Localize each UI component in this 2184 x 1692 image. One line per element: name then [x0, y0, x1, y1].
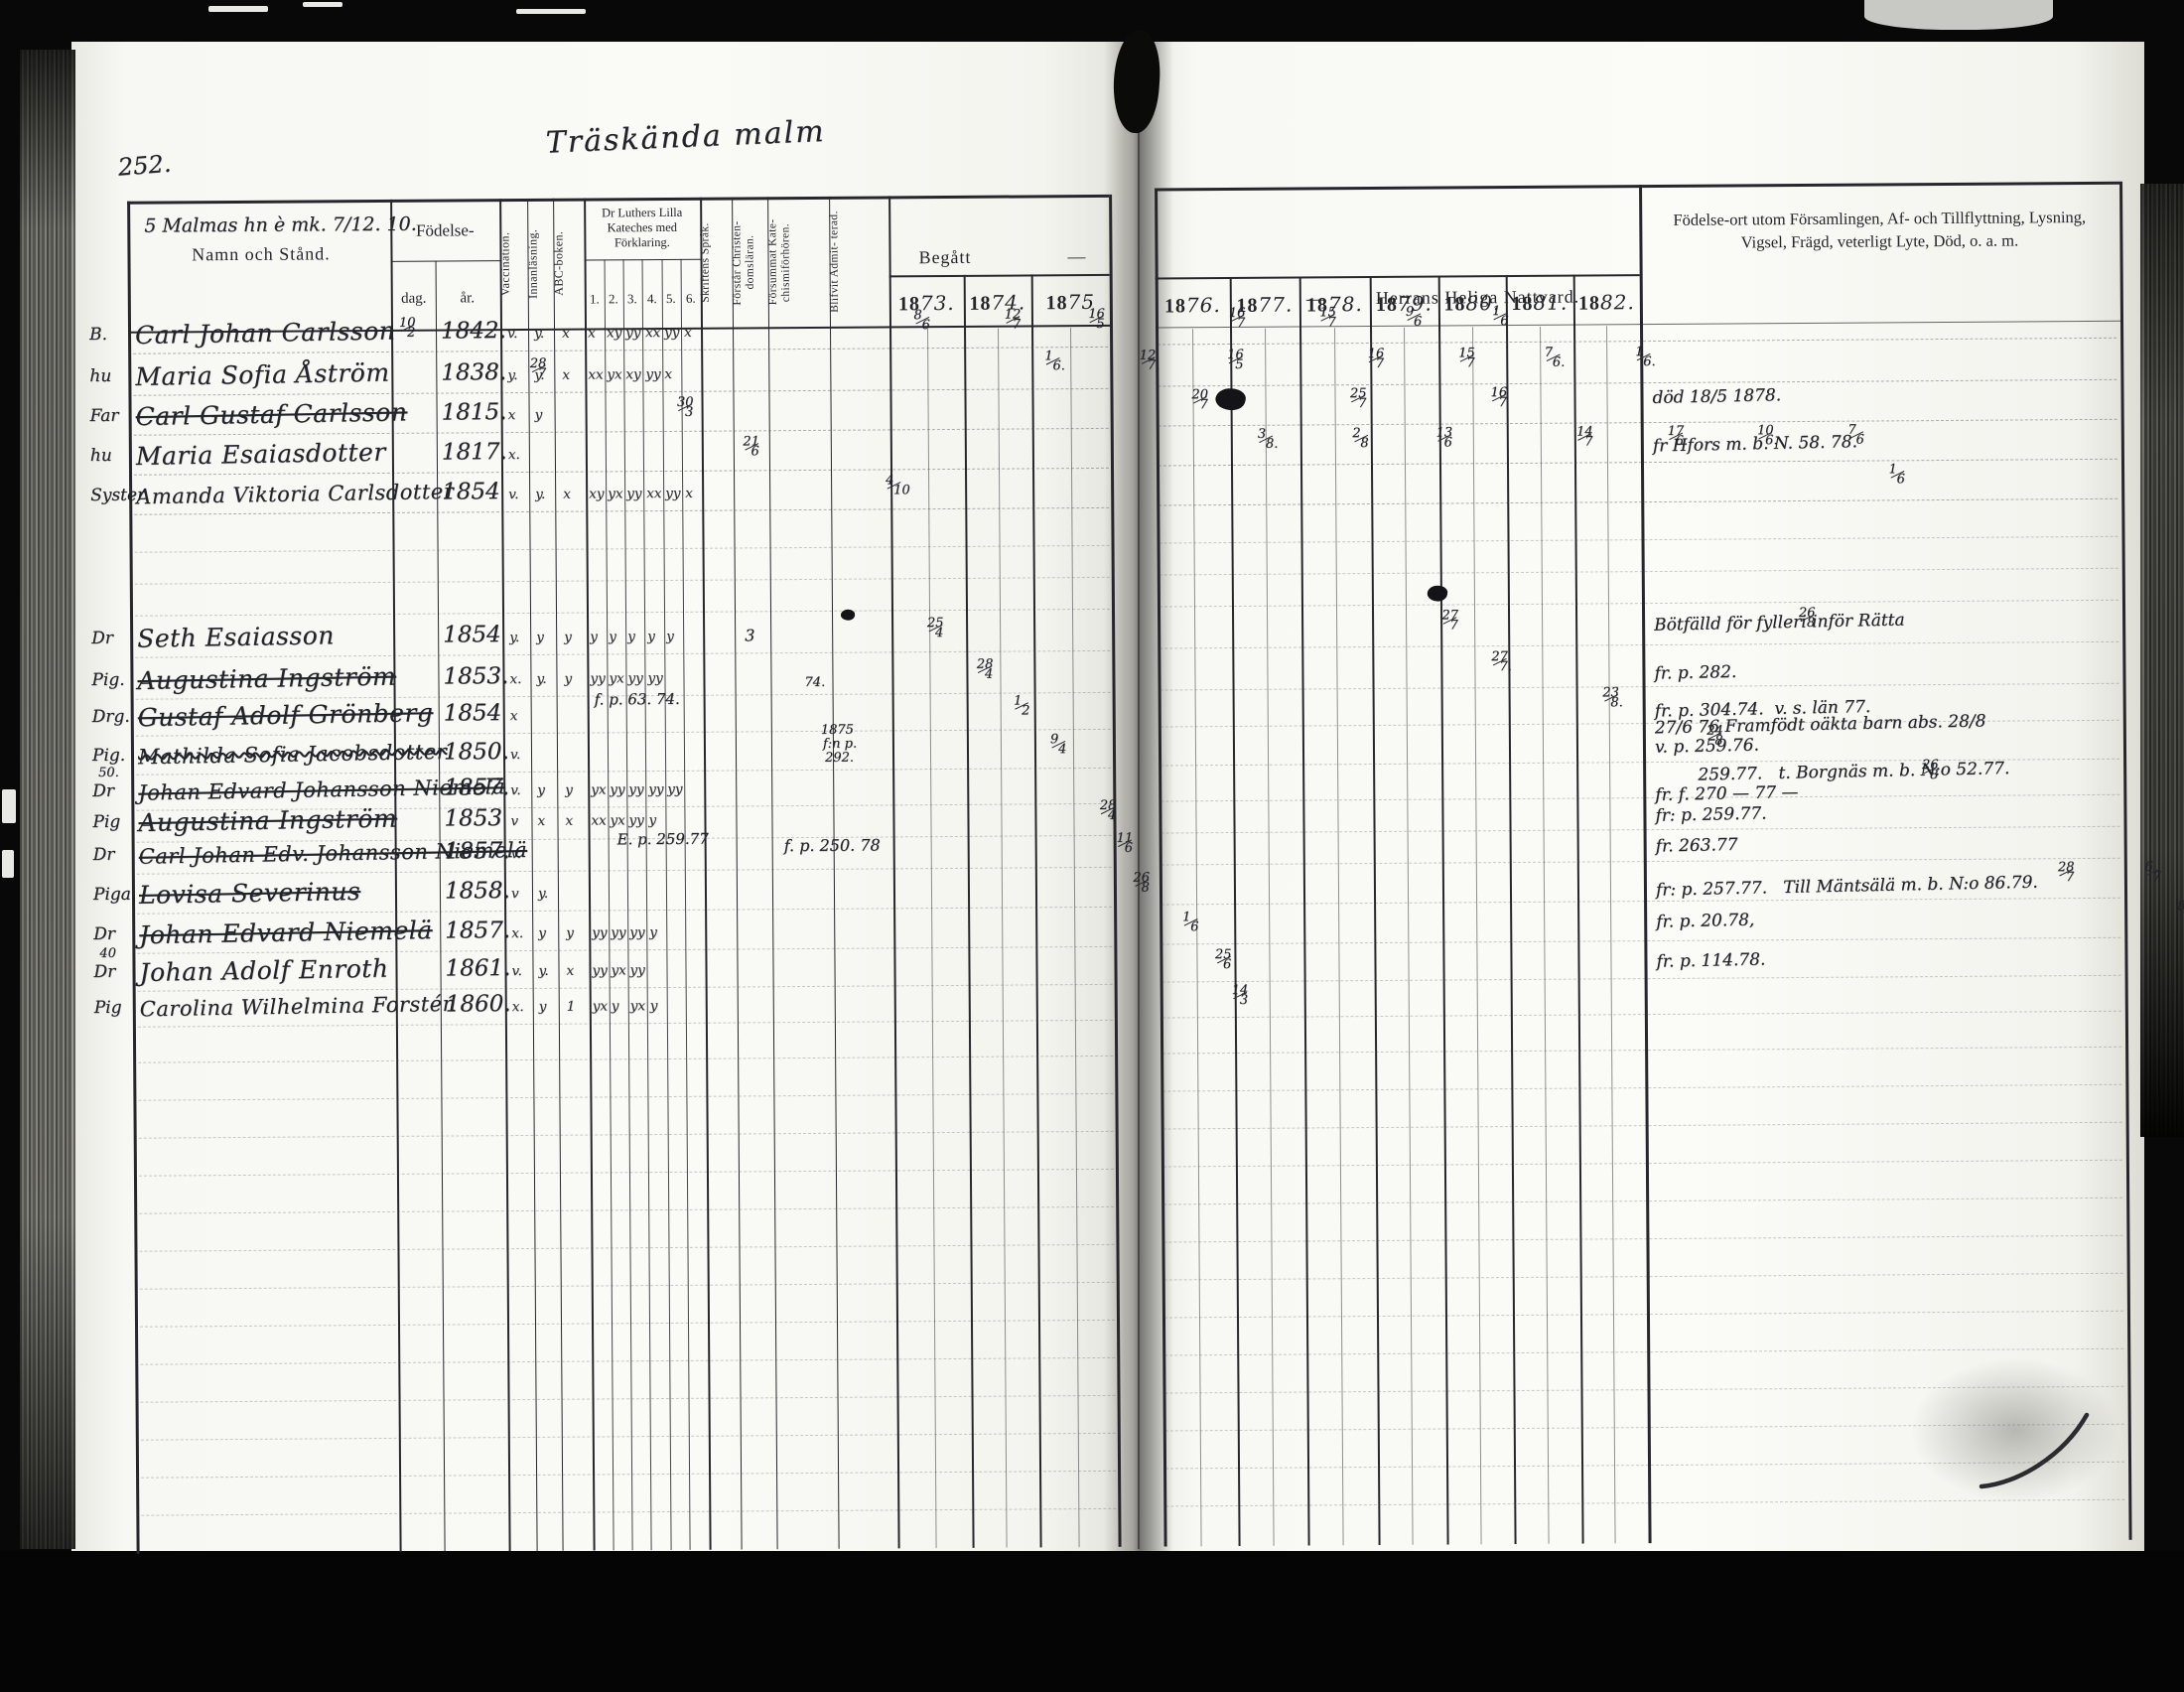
mid-note: f. p. 250. 78 [784, 835, 881, 855]
row-rule [134, 468, 1109, 476]
birth-year: 1842. [441, 318, 506, 344]
tick-mark: v [511, 886, 519, 902]
grid-vline [662, 259, 672, 1550]
communion-date: 28 [1352, 429, 1368, 449]
row-name: Mathilda Sofia Jacobsdotter [138, 740, 448, 769]
birth-year: 1854 [442, 479, 500, 504]
begatt-label: Begått [918, 247, 971, 268]
scripture-header: Skriftens Språk. [699, 202, 733, 325]
grid-vline [1370, 276, 1381, 1545]
row-name: Seth Esaiasson [137, 621, 335, 652]
tick-mark: y [648, 812, 656, 828]
tick-mark: y. [538, 963, 548, 979]
ink-blot [840, 608, 856, 622]
grid-vline [553, 199, 564, 1551]
tick-mark: y [649, 924, 657, 940]
tick-mark: yy [627, 670, 642, 686]
grid-vline [1155, 189, 1167, 1547]
row-rule [139, 1131, 1114, 1139]
communion-date: 157 [1319, 308, 1336, 328]
row-margin-label: Dr [92, 781, 132, 801]
grid-vline [584, 199, 595, 1551]
tick-mark: xx [591, 812, 606, 828]
grid-vline [527, 199, 538, 1551]
tick-mark: x [566, 963, 574, 979]
vaccination-header: Vaccination. [498, 203, 528, 326]
tick-mark: x. [511, 925, 523, 941]
tick-mark: yy [610, 781, 624, 797]
tick-mark: xy [607, 325, 621, 341]
tick-mark: yy [647, 670, 662, 686]
row-rule [134, 507, 1109, 515]
tick-mark: xx [645, 325, 660, 341]
row-note: fr: p. 257.77. Till Mäntsälä m. b. N:o 8… [1656, 873, 2038, 901]
mid-note: 3 [745, 626, 754, 644]
tick-mark: x [588, 325, 596, 341]
birth-day: 12 [1014, 696, 1029, 716]
tick-mark: yy [629, 962, 644, 978]
birth-column-header: Födelse- [390, 220, 499, 241]
tick-mark: yx [630, 998, 645, 1014]
communion-date: 165 [1227, 351, 1244, 370]
grid-vline [1192, 329, 1202, 1546]
mid-note: E. p. 259.77 [617, 830, 709, 849]
communion-date: 86 [2177, 902, 2184, 921]
birth-day: 410 [886, 476, 910, 495]
communion-date: 277. [1491, 652, 1512, 672]
mid-note: 74. [804, 675, 825, 690]
birth-year: 1860. [446, 991, 511, 1017]
communion-date: 257 [1350, 389, 1367, 409]
communion-date: 167 [1368, 350, 1385, 369]
tick-mark: y. [538, 886, 548, 902]
row-rule [141, 1395, 1116, 1403]
grid-vline [998, 329, 1008, 1548]
row-rule [135, 577, 1110, 585]
name-column-header: Namn och Stånd. [154, 243, 367, 266]
row-rule [134, 428, 1109, 436]
row-rule [141, 1433, 1116, 1441]
grid-vline [767, 197, 778, 1549]
communion-date: 86 [913, 311, 929, 331]
birth-day: 268 [1133, 874, 1150, 894]
grid-vline [1404, 328, 1414, 1545]
row-rule [141, 1471, 1116, 1479]
communion-date: 16. [1044, 352, 1065, 371]
tick-mark: yy [592, 924, 607, 940]
row-name: Lovisa Severinus [139, 877, 361, 910]
tick-mark: y. [536, 671, 546, 687]
grid-vline [1230, 277, 1241, 1546]
tick-mark: yx [608, 486, 622, 501]
tick-mark: xx [588, 366, 603, 382]
row-margin-label: Dr [93, 962, 133, 982]
row-margin-number: 40 [99, 946, 116, 961]
tick-mark: y [565, 782, 573, 798]
ink-blot [1426, 584, 1448, 604]
row-margin-label: hu [89, 366, 129, 386]
ledger-table: 252. Träskända malm 5 Malmas hn è mk. 7/… [0, 0, 2184, 1692]
row-rule [138, 1020, 1113, 1028]
grid-vline [2119, 182, 2132, 1540]
row-margin-label: Dr [91, 629, 131, 648]
row-note: v. p. 259.76. [1655, 736, 1759, 758]
catechism-cell-number: 2. [605, 291, 622, 307]
row-rule [133, 388, 1108, 396]
row-note: fr. p. 114.78. [1656, 950, 1765, 972]
tick-mark: x. [512, 999, 524, 1015]
grid-vline [1639, 185, 1651, 1543]
christendom-header: Förstår Christen- domsläran. [731, 201, 768, 324]
communion-date: 16 [1889, 465, 1905, 485]
communion-date: 38. [1258, 430, 1279, 450]
tick-mark: x [565, 813, 573, 829]
birth-year: 1854 [444, 700, 502, 726]
tick-mark: y [539, 999, 547, 1015]
tick-mark: v. [511, 963, 521, 979]
tick-mark: yx [591, 781, 606, 797]
row-margin-number: 50. [98, 766, 119, 780]
row-note: fr: p. 259.77. [1655, 803, 1767, 825]
tick-mark: y [650, 998, 658, 1014]
row-rule [137, 946, 1112, 954]
tick-mark: x. [509, 671, 521, 687]
tick-mark: x [562, 326, 570, 342]
mid-note: 1875 [821, 723, 854, 738]
row-margin-label: Far [90, 406, 130, 426]
grid-vline [642, 259, 652, 1550]
tick-mark: x [510, 708, 518, 724]
communion-date: 127. [1140, 352, 1160, 371]
grid-vline [681, 259, 691, 1550]
grid-vline [1506, 275, 1517, 1544]
tick-mark: v. [508, 487, 518, 502]
grid-vline [964, 275, 975, 1548]
row-rule [136, 768, 1111, 775]
tick-mark: yx [610, 812, 624, 828]
row-rule [141, 1508, 1116, 1516]
communion-date: 136 [1436, 428, 1453, 448]
grid-vline [1265, 329, 1275, 1546]
row-name: Carl Johan Carlsson [135, 317, 396, 351]
birth-year: 1853. [443, 663, 508, 689]
row-margin-label: Pig [92, 812, 132, 832]
communion-date: 165 [1088, 310, 1105, 330]
birth-year-header: år. [438, 290, 497, 307]
tick-mark: y. [534, 326, 544, 342]
row-rule [139, 1244, 1114, 1252]
row-margin-label: Dr [93, 845, 133, 865]
year-label: 1879. [1370, 292, 1437, 317]
birth-day: 16 [1182, 913, 1198, 932]
tick-mark: x [562, 367, 570, 383]
row-name: Augustina Ingström [138, 804, 397, 838]
tick-mark: x [537, 813, 545, 829]
row-rule [135, 650, 1110, 658]
tick-mark: y [609, 629, 616, 644]
birth-year: 1857. [444, 775, 509, 800]
tick-mark: y [590, 629, 598, 644]
year-label: 1881. [1506, 291, 1573, 316]
catechism-cell-number: 6. [682, 291, 700, 307]
communion-date: 16. [1635, 348, 1656, 367]
row-note: Bötfälld för fylleri inför Rätta [1654, 611, 1905, 635]
tick-mark: v. [511, 846, 521, 862]
birth-year: 1854 [443, 622, 501, 647]
abc-book-header: ABC-boken. [552, 203, 585, 326]
reading-header: Innanläsning. [526, 203, 554, 326]
communion-date: 167 [1229, 309, 1246, 329]
row-margin-label: Syster [90, 486, 130, 505]
catechism-cell-number: 1. [586, 291, 604, 307]
row-rule [138, 1093, 1113, 1101]
catechism-cell-number: 3. [623, 291, 641, 307]
tick-mark: yy [648, 781, 663, 797]
birth-year: 1850. [444, 739, 509, 765]
birth-year: 1853 [444, 805, 502, 831]
admitted-header: Blifvit Admit- terad. [828, 200, 889, 323]
tick-mark: y [564, 671, 572, 687]
grid-vline [700, 198, 711, 1550]
grid-vline [1573, 275, 1584, 1544]
birth-day: 94 [1050, 735, 1066, 755]
tick-mark: v. [510, 747, 520, 763]
year-label: 1882. [1572, 290, 1640, 315]
tick-mark: yx [593, 998, 608, 1014]
tick-mark: y [536, 630, 544, 645]
row-margin-label: Drg. [92, 707, 132, 727]
tick-mark: y [566, 925, 574, 941]
row-rule [133, 347, 1108, 354]
communion-date: 287 [2058, 863, 2075, 883]
tick-mark: y. [507, 367, 517, 383]
year-label: 1876. [1159, 293, 1226, 318]
communion-date: 207 [1191, 390, 1208, 410]
birth-year: 1858. [445, 878, 510, 904]
grid-hline [1155, 182, 2119, 191]
row-note: fr. p. 282. [1654, 662, 1736, 684]
tick-mark: y [612, 998, 619, 1014]
row-note: 259.77. t. Borgnäs m. b. N:o 52.77. [1655, 759, 2010, 785]
row-note: fr Hfors m. b. N. 58. 78. [1653, 432, 1857, 456]
catechism-cell-number: 4. [643, 291, 661, 307]
birth-day: 284 [1100, 801, 1117, 821]
tick-mark: y [535, 407, 543, 423]
birth-day: 256 [1215, 950, 1232, 970]
tick-mark: y [564, 630, 572, 645]
tick-mark: yy [626, 486, 641, 501]
tick-mark: y [647, 629, 655, 644]
communion-date: 238. [1602, 688, 1623, 708]
communion-date: 127 [1005, 310, 1022, 330]
row-note: död 18/5 1878. [1652, 385, 1781, 408]
birth-day: 303 [677, 398, 694, 418]
birth-day: 254 [927, 619, 944, 638]
row-name: Carl Gustaf Carlsson [135, 397, 407, 431]
tick-mark: yy [625, 325, 640, 341]
grid-hline [391, 260, 500, 262]
tick-mark: yy [667, 781, 682, 797]
tick-mark: x [508, 407, 516, 423]
tick-mark: yy [611, 924, 625, 940]
birth-year: 1857. [445, 838, 510, 864]
row-rule [138, 1056, 1113, 1063]
communion-date: 96 [1406, 308, 1422, 328]
tick-mark: xy [625, 366, 640, 382]
grid-hline [1156, 274, 1640, 279]
tick-mark: yy [629, 924, 644, 940]
grid-vline [1540, 327, 1550, 1544]
grid-hline [127, 195, 1109, 204]
grid-vline [732, 198, 743, 1550]
row-note: fr. f. 270 — 77 — [1655, 782, 1799, 805]
row-rule [137, 907, 1112, 915]
row-rule [139, 1206, 1114, 1214]
grid-vline [1109, 195, 1122, 1547]
communion-date: 277 [1441, 611, 1458, 631]
page-title-script: Träskända malm [545, 114, 826, 161]
row-margin-label: B. [89, 325, 129, 345]
tick-mark: y [538, 925, 546, 941]
row-margin-label: Dr [93, 924, 133, 944]
tick-mark: y [627, 629, 635, 644]
tick-mark: y. [535, 487, 545, 502]
tick-mark: x [685, 486, 693, 501]
mid-note: 292. [825, 751, 854, 766]
row-rule [138, 984, 1113, 992]
row-note: fr. p. 20.78, [1656, 911, 1755, 932]
grid-vline [1334, 328, 1344, 1545]
row-name: Maria Sofia Åström [135, 358, 390, 391]
birth-year: 1861. [445, 955, 510, 981]
birth-day: 284 [977, 660, 994, 680]
communion-date: 157 [1458, 349, 1475, 368]
row-rule [140, 1282, 1115, 1290]
remarks-column-header: Födelse-ort utom Församlingen, Af- och T… [1655, 206, 2104, 254]
row-rule [140, 1320, 1115, 1328]
birth-year: 1838. [441, 359, 506, 385]
tick-mark: y [666, 629, 674, 644]
row-rule [140, 1357, 1115, 1365]
row-rule [139, 1169, 1114, 1177]
row-name: Gustaf Adolf Grönberg [137, 698, 433, 732]
tick-mark: yy [628, 812, 643, 828]
tick-mark: y. [534, 367, 544, 383]
tick-mark: y. [509, 630, 519, 645]
row-margin-label: hu [90, 446, 130, 466]
communion-date: 147 [1576, 427, 1593, 447]
tick-mark: x [563, 487, 571, 502]
grid-vline [1070, 328, 1080, 1547]
tick-mark: xy [589, 486, 604, 501]
farm-note-script: 5 Malmas hn è mk. 7/12. 10. [144, 213, 417, 237]
birth-year: 1815. [442, 399, 507, 425]
grid-vline [1438, 276, 1449, 1545]
catechism-cell-number: 5. [662, 291, 680, 307]
grid-vline [927, 329, 937, 1548]
birth-day: 102 [399, 319, 416, 339]
ink-blot [1214, 385, 1248, 413]
row-margin-label: Pig [94, 998, 134, 1018]
birth-year: 1857. [445, 917, 510, 943]
row-margin-label: Pig. [91, 670, 131, 690]
row-name: Maria Esaiasdotter [136, 438, 386, 471]
birth-day-header: dag. [393, 291, 435, 308]
tick-mark: x [664, 366, 672, 382]
tick-mark: yy [590, 670, 605, 686]
row-rule [137, 867, 1112, 875]
row-name: Johan Edvard Niemelä [139, 916, 433, 949]
tick-mark: yy [628, 781, 643, 797]
tick-mark: yy [592, 962, 607, 978]
mid-note: f:n p. [823, 737, 857, 752]
grid-vline [888, 196, 900, 1548]
catechism-header: Dr Luthers Lilla Kateches med Förklaring… [585, 206, 699, 251]
row-note: fr. 263.77 [1655, 835, 1737, 857]
communion-date: 167 [1490, 388, 1507, 408]
tick-mark: yy [664, 325, 679, 341]
tick-mark: yx [609, 670, 623, 686]
tick-mark: yy [645, 366, 660, 382]
birth-day: 143 [1232, 986, 1249, 1006]
row-rule [135, 545, 1110, 553]
year-label: 1874. [964, 290, 1031, 315]
page-number: 252. [117, 150, 172, 182]
row-name: Amanda Viktoria Carlsdotter [136, 480, 454, 509]
tick-mark: yx [611, 962, 625, 978]
grid-vline [1472, 327, 1482, 1544]
tick-mark: v [510, 813, 518, 829]
tick-mark: 1 [567, 999, 576, 1015]
tick-mark: x. [508, 447, 520, 463]
birth-year: 1817. [442, 439, 507, 465]
begatt-dash: — [1067, 246, 1085, 267]
row-rule [136, 729, 1111, 737]
row-rule [135, 609, 1110, 617]
tick-mark: v. [507, 326, 517, 342]
tick-mark: v. [510, 782, 520, 798]
tick-mark: y [537, 782, 545, 798]
row-name: Carolina Wilhelmina Forstén [140, 992, 457, 1022]
grid-hline [889, 274, 1110, 277]
grid-vline [1031, 274, 1042, 1547]
grid-vline [605, 259, 614, 1550]
tick-mark: x [684, 325, 692, 341]
neglect-header: Försummat Kate- chismiförhören. [766, 201, 830, 324]
tick-mark: yx [607, 366, 621, 382]
grid-vline [1606, 326, 1616, 1543]
grid-vline [623, 259, 633, 1550]
row-name: Augustina Ingström [137, 662, 396, 696]
communion-date: 67 [2144, 862, 2160, 882]
scanned-church-record: { "header": { "page_number": "252.", "sc… [0, 0, 2184, 1692]
communion-date: 16 [1492, 307, 1508, 327]
grid-vline [829, 197, 840, 1549]
row-name: Johan Adolf Enroth [139, 954, 388, 987]
mid-note: f. p. 63. 74. [595, 690, 680, 709]
tick-mark: xx [646, 486, 661, 501]
communion-date: 76. [1545, 349, 1566, 368]
birth-day: 116 [1117, 834, 1134, 854]
grid-vline [1299, 277, 1310, 1546]
row-margin-label: Piga. [93, 885, 133, 905]
row-margin-label: Pig. [92, 746, 132, 766]
tick-mark: yy [665, 486, 680, 501]
birth-day: 216 [743, 437, 759, 457]
